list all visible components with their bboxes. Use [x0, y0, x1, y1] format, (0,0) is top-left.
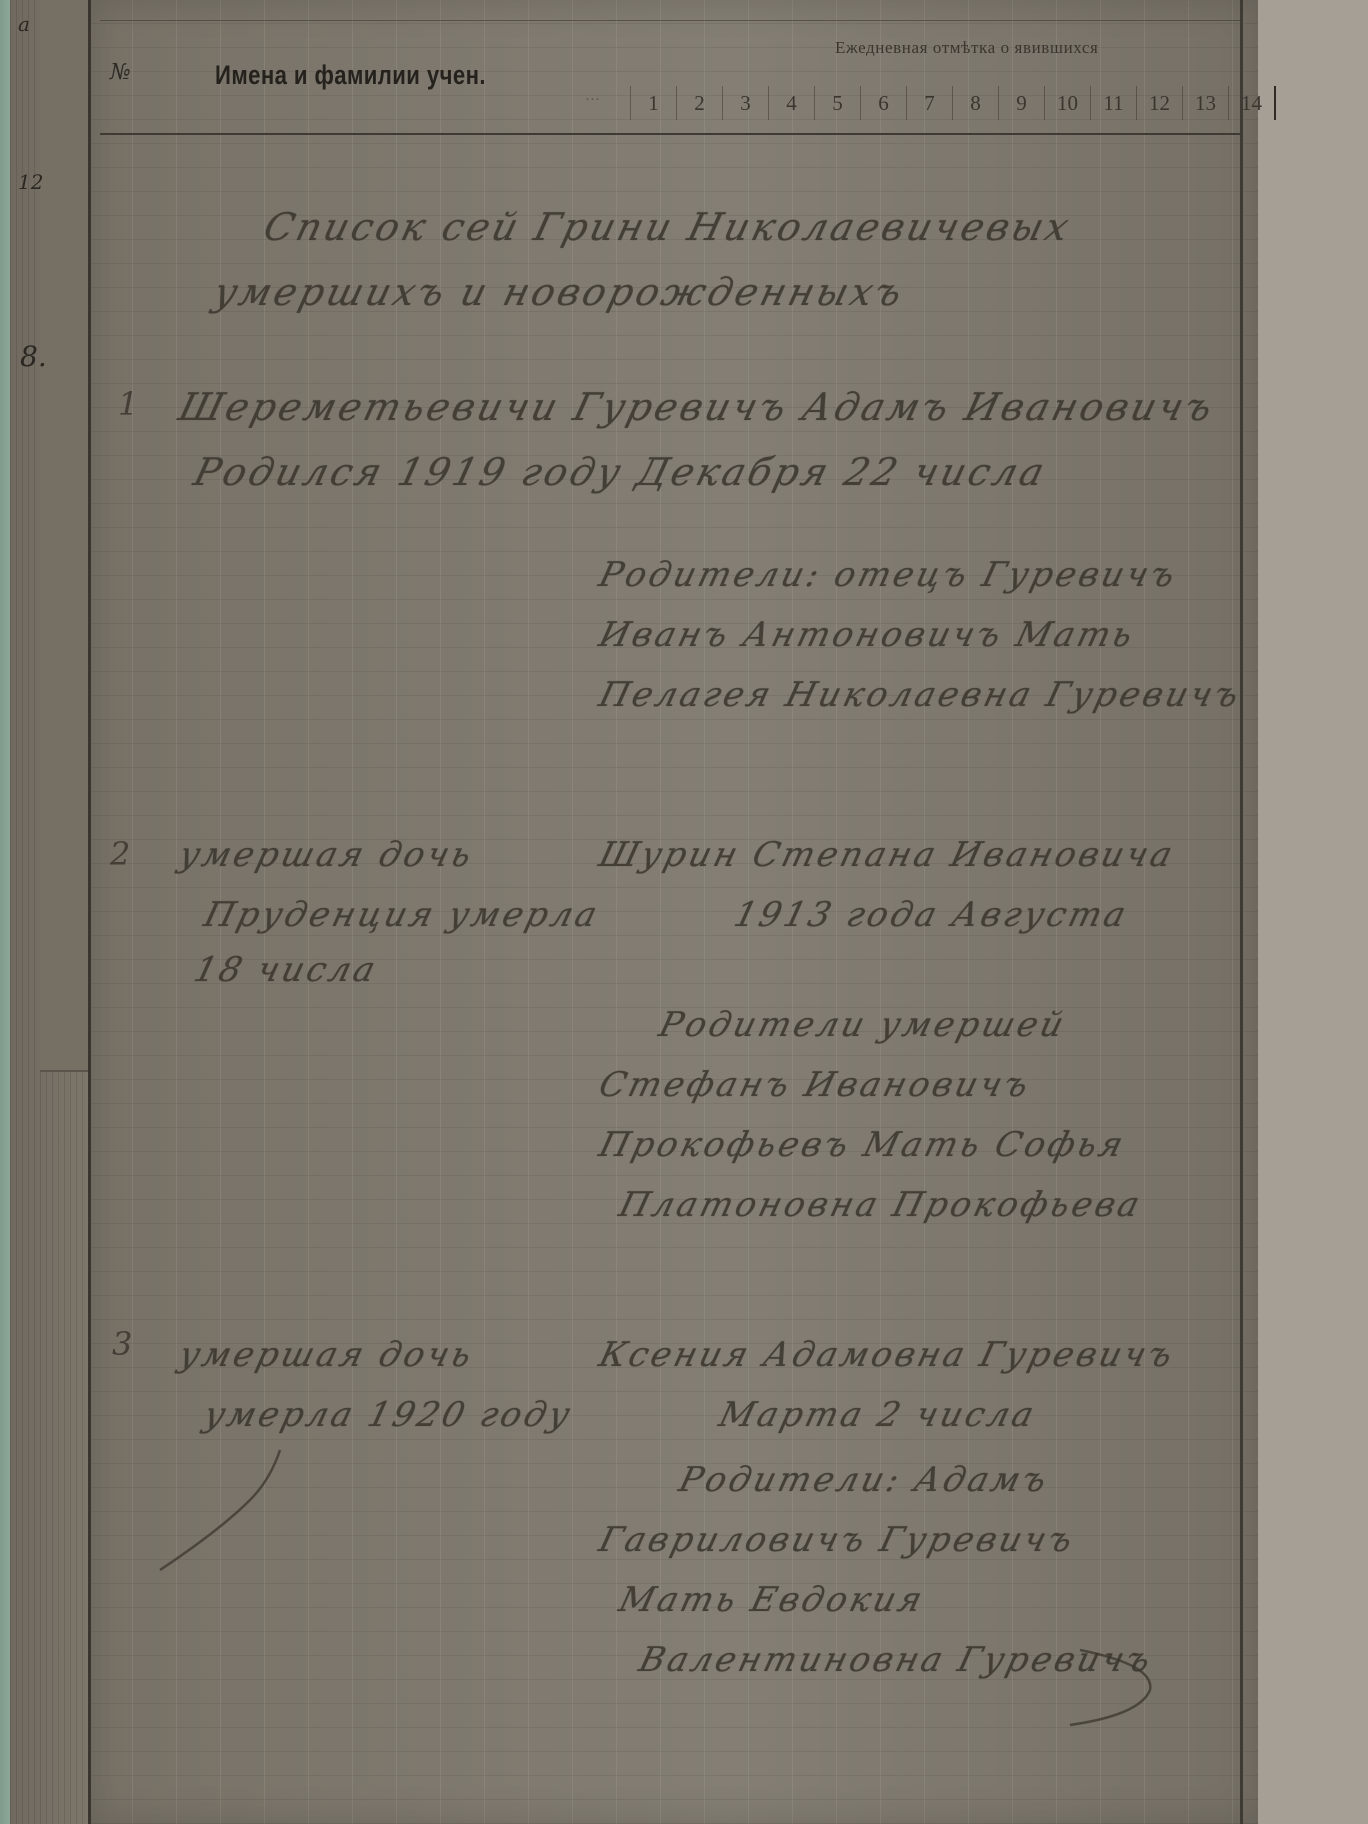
entry-number: 1	[118, 385, 138, 423]
entry-parents-line: Иванъ Антоновичъ Мать	[595, 615, 1139, 655]
backdrop-surface	[1258, 0, 1368, 1824]
day-number-row: 1 2 3 4 5 6 7 8 9 10 11 12 13 14	[630, 86, 1276, 120]
entry-number: 2	[110, 835, 130, 873]
entry-parents-line: Гавриловичъ Гуревичъ	[595, 1520, 1079, 1560]
entry-left-line: умершая дочь	[175, 835, 478, 875]
margin-note: 12	[18, 170, 43, 194]
day-column-header: 4	[768, 86, 814, 120]
day-column-header: 7	[906, 86, 952, 120]
entry-parents-line: Родители: Адамъ	[675, 1460, 1053, 1500]
entry-center-line: Ксения Адамовна Гуревичъ	[595, 1335, 1179, 1375]
entry-birth-line: Родился 1919 году Декабря 22 числа	[190, 450, 1052, 494]
names-column-header: Имена и фамилии учен.	[215, 60, 486, 91]
entry-parents-line: Стефанъ Ивановичъ	[595, 1065, 1035, 1105]
entry-left-line: Пруденция умерла	[200, 895, 604, 935]
entry-left-line: 18 числа	[190, 950, 382, 990]
entry-parents-line: Родители: отецъ Гуревичъ	[595, 555, 1182, 595]
right-page-edge	[1240, 0, 1243, 1824]
left-margin-rule	[88, 0, 91, 1824]
closing-bracket-flourish	[1060, 1640, 1170, 1730]
day-column-header: 3	[722, 86, 768, 120]
day-column-header: 11	[1090, 86, 1136, 120]
torn-page-stub	[40, 0, 90, 1072]
number-column-header: №	[110, 60, 131, 85]
entry-center-line: 1913 года Августа	[730, 895, 1133, 935]
entry-center-line: Марта 2 числа	[715, 1395, 1041, 1435]
day-column-header: 14	[1228, 86, 1276, 120]
pen-stroke-mark	[150, 1440, 310, 1580]
header-bottom-rule	[100, 133, 1240, 135]
margin-note: 8.	[20, 340, 47, 373]
entry-parents-line: Мать Евдокия	[615, 1580, 929, 1620]
entry-number: 3	[112, 1325, 132, 1363]
header-top-rule	[100, 20, 1240, 21]
margin-note: a	[18, 12, 30, 36]
days-prefix-mark: ···	[585, 92, 600, 109]
day-column-header: 2	[676, 86, 722, 120]
day-column-header: 6	[860, 86, 906, 120]
entry-parents-line: Прокофьевъ Мать Софья	[595, 1125, 1130, 1165]
attendance-column-header: Ежедневная отмѣтка о явившихся	[835, 38, 1098, 58]
entry-left-line: умершая дочь	[175, 1335, 478, 1375]
day-column-header: 10	[1044, 86, 1090, 120]
day-column-header: 13	[1182, 86, 1228, 120]
entry-parents-line: Платоновна Прокофьева	[615, 1185, 1146, 1225]
handwritten-title-line: Список сей Грини Николаевичевых	[260, 205, 1077, 249]
day-column-header: 5	[814, 86, 860, 120]
day-column-header: 8	[952, 86, 998, 120]
entry-center-line: Шурин Степана Ивановича	[595, 835, 1179, 875]
day-column-header: 9	[998, 86, 1044, 120]
day-column-header: 1	[630, 86, 676, 120]
entry-left-line: умерла 1920 году	[200, 1395, 577, 1435]
entry-parents-line: Пелагея Николаевна Гуревичъ	[595, 675, 1246, 715]
entry-parents-line: Родители умершей	[655, 1005, 1071, 1045]
handwritten-title-line: умершихъ и новорожденныхъ	[210, 270, 910, 314]
day-column-header: 12	[1136, 86, 1182, 120]
entry-name-line: Шереметьевичи Гуревичъ Адамъ Ивановичъ	[175, 385, 1220, 429]
